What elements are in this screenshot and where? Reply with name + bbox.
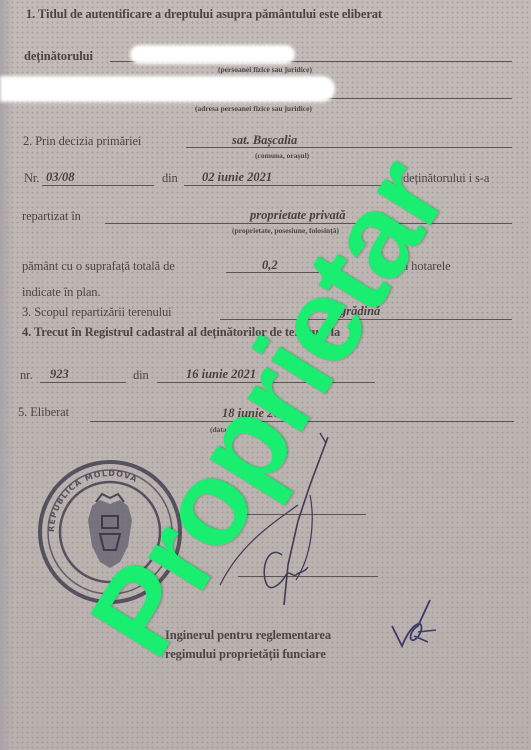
registry-date-from-label: din <box>133 368 149 383</box>
section2-prefix: 2. Prin decizia primăriei <box>23 134 141 149</box>
page-edge-shadow <box>0 0 14 750</box>
number-field-line <box>42 185 154 186</box>
registry-nr-label: nr. <box>20 368 33 383</box>
number-value: 03/08 <box>46 170 74 185</box>
registry-nr-value: 923 <box>50 367 69 382</box>
decision-date-from-label: din <box>162 171 178 186</box>
mayoralty-value: sat. Bașcalia <box>232 133 297 148</box>
section5-label: 5. Eliberat <box>18 405 69 420</box>
assigned-label: repartizat în <box>22 209 81 224</box>
area-label: pământ cu o suprafață totală de <box>22 259 175 274</box>
address-caption: (adresa persoanei fizice sau juridice) <box>195 104 312 113</box>
section1-title: 1. Titlul de autentificare a dreptului a… <box>26 7 382 22</box>
mayoralty-caption: (comuna, orașul) <box>255 151 309 160</box>
registry-nr-field-line <box>40 382 126 383</box>
holder-caption: (persoanei fizice sau juridice) <box>218 65 312 74</box>
number-label: Nr. <box>24 171 39 186</box>
holder-label: deținătorului <box>24 49 93 64</box>
plan-text: indicate în plan. <box>22 285 100 300</box>
address-redaction <box>0 76 335 102</box>
section3-label: 3. Scopul repartizării terenului <box>22 305 172 320</box>
decision-date-value: 02 iunie 2021 <box>202 170 272 185</box>
holder-redaction <box>130 45 295 64</box>
signature-engineer <box>388 596 448 656</box>
